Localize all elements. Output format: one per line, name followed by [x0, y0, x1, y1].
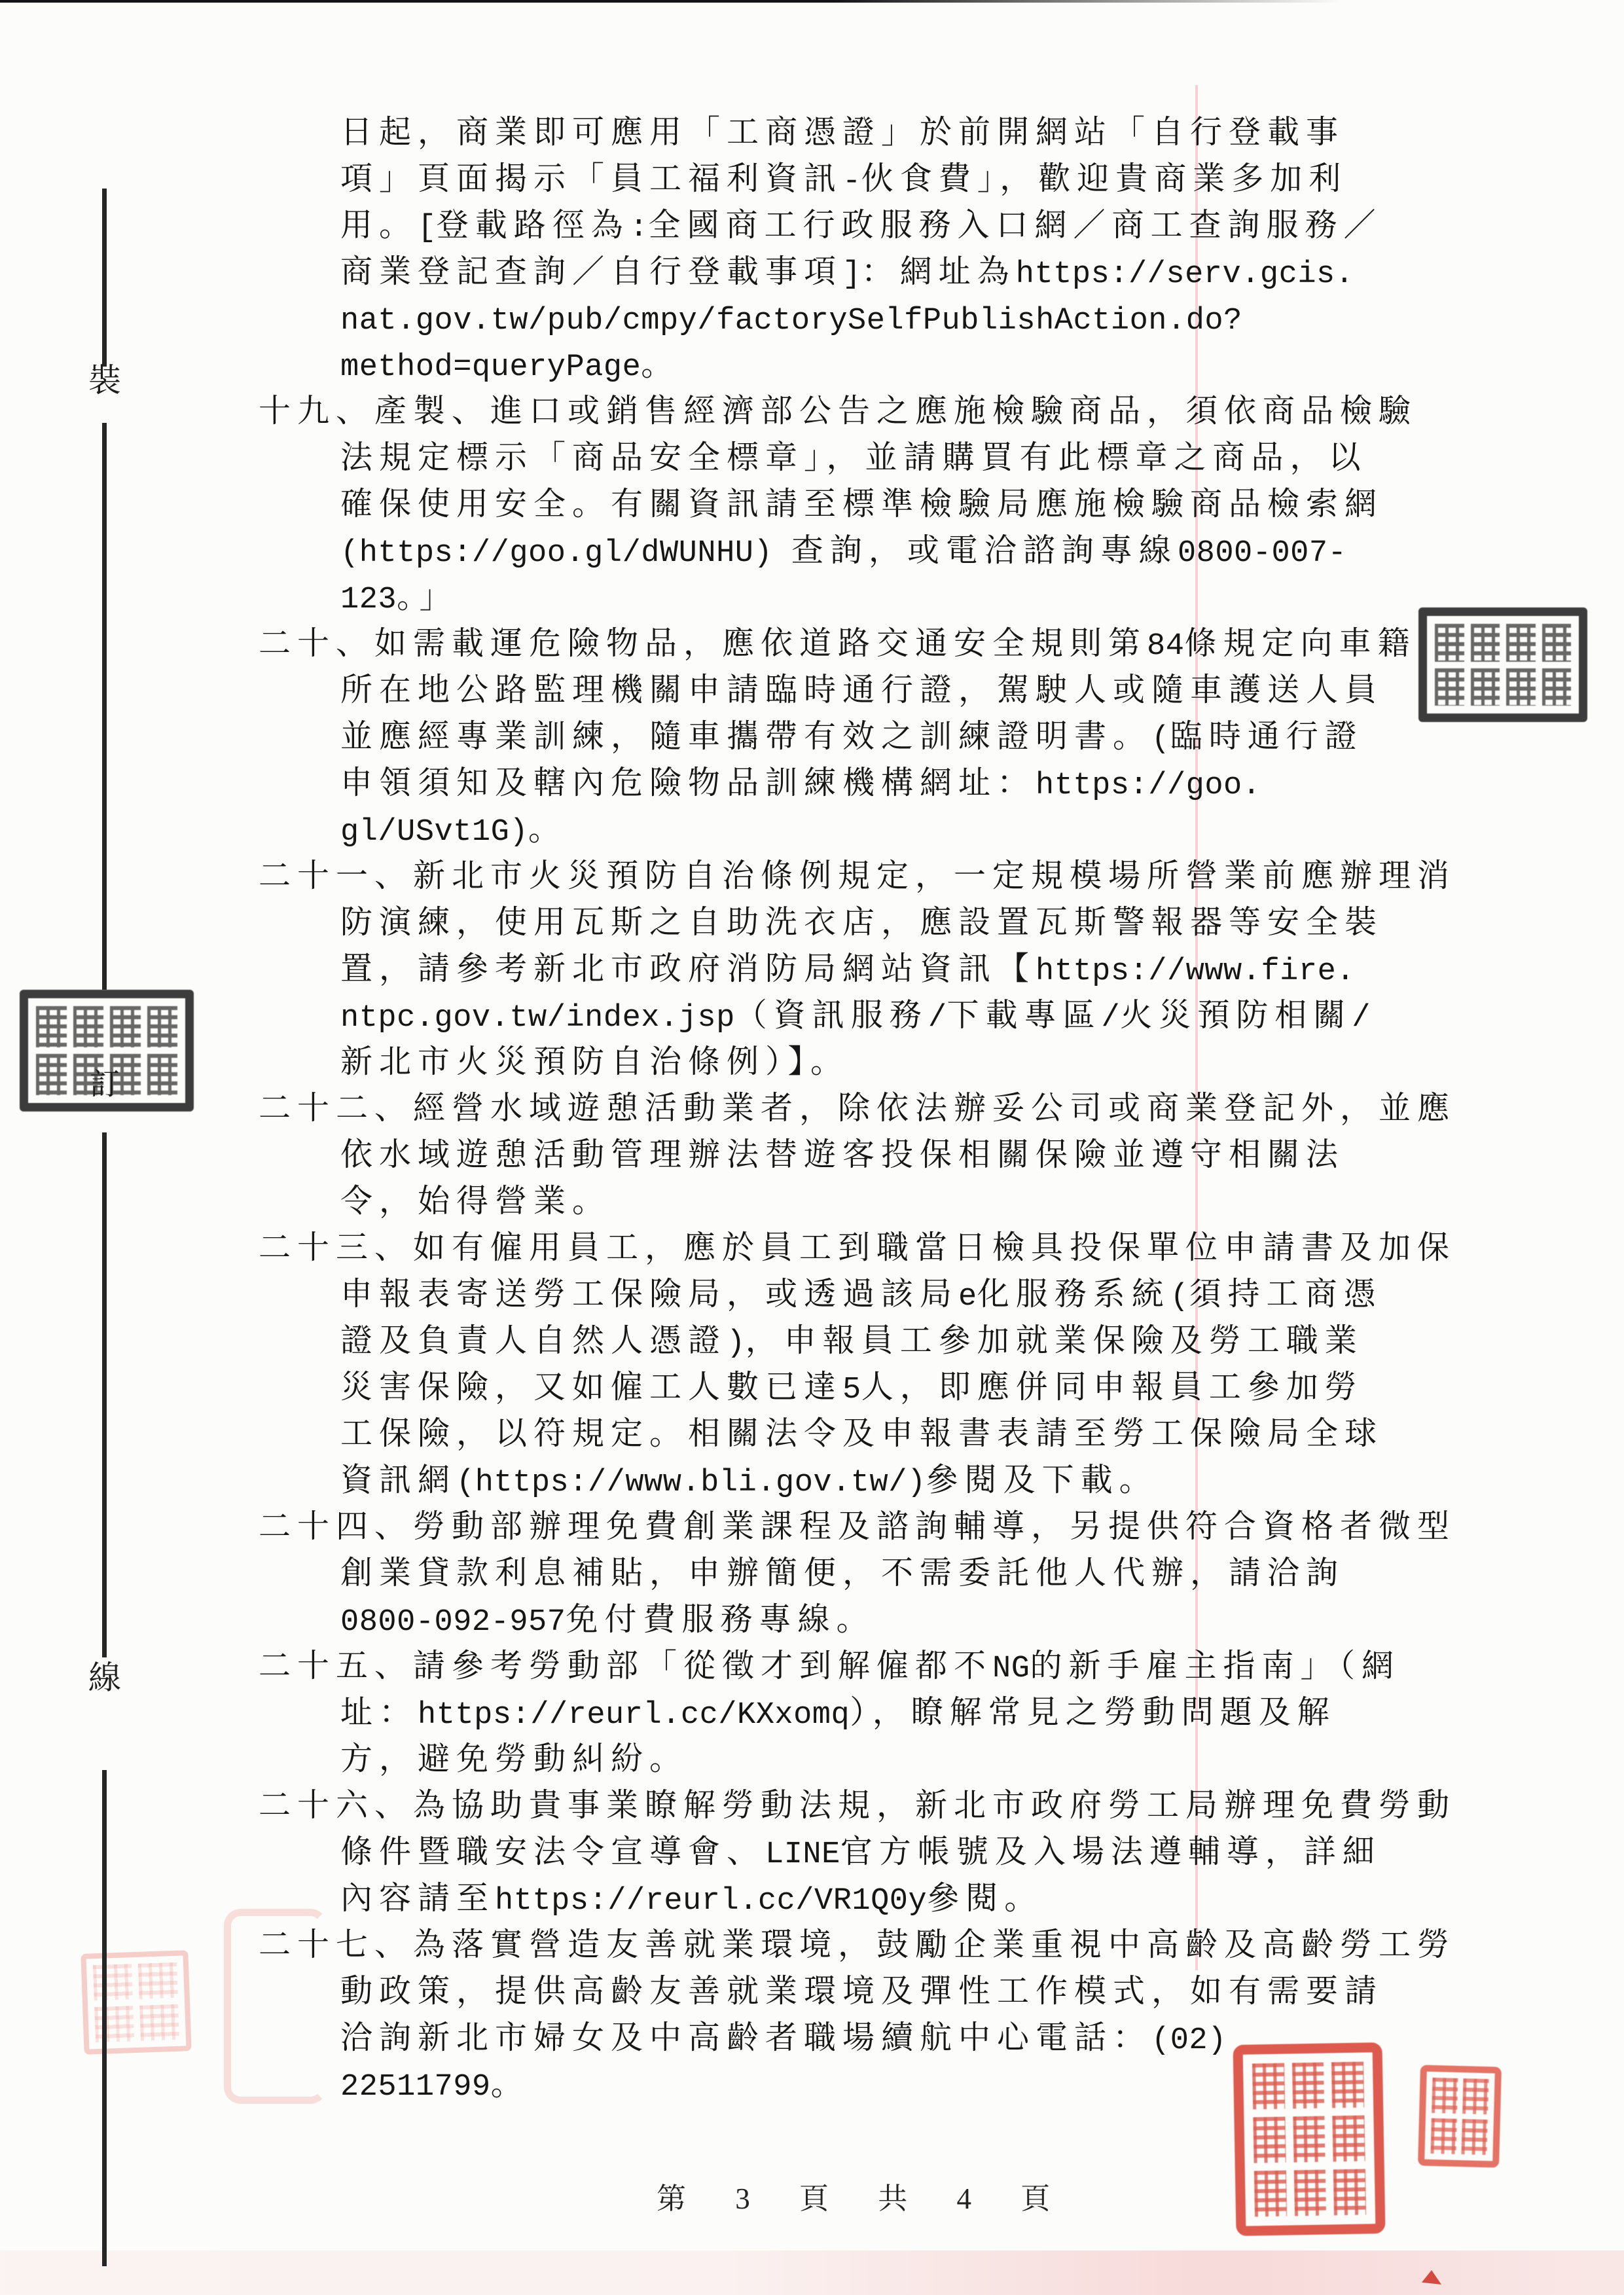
text-line: gl/USvt1G)。 — [259, 806, 1447, 852]
text-line: 所在地公路監理機關申請臨時通行證，駕駛人或隨車護送人員 — [259, 666, 1447, 713]
text-line: 二十二、經營水域遊憩活動業者，除依法辦妥公司或商業登記外，並應 — [259, 1085, 1447, 1131]
scan-edge-artifact — [0, 0, 1342, 3]
text-line: 新北市火災預防自治條例）】。 — [259, 1038, 1447, 1085]
text-line: 二十四、勞動部辦理免費創業課程及諮詢輔導，另提供符合資格者微型 — [259, 1503, 1447, 1549]
text-line: 資訊網(https://www.bli.gov.tw/)參閱及下載。 — [259, 1456, 1447, 1503]
text-line: 商業登記查詢／自行登載事項]：網址為https://serv.gcis. — [259, 248, 1447, 295]
binding-mark-xian: 線 — [82, 1659, 127, 1697]
text-line: method=queryPage。 — [259, 341, 1447, 388]
text-line: 置，請參考新北市政府消防局網站資訊【https://www.fire. — [259, 945, 1447, 992]
text-line: 十九、產製、進口或銷售經濟部公告之應施檢驗商品，須依商品檢驗 — [259, 388, 1447, 434]
text-line: 0800-092-957免付費服務專線。 — [259, 1596, 1447, 1642]
text-line: 22511799。 — [259, 2061, 1447, 2107]
text-line: 二十、如需載運危險物品，應依道路交通安全規則第84條規定向車籍 — [259, 620, 1447, 666]
text-line: 項」頁面揭示「員工福利資訊-伙食費」，歡迎貴商業多加利 — [259, 155, 1447, 202]
text-line: 動政策，提供高齡友善就業環境及彈性工作模式，如有需要請 — [259, 1968, 1447, 2014]
text-line: ntpc.gov.tw/index.jsp（資訊服務/下載專區/火災預防相關/ — [259, 992, 1447, 1038]
text-line: 二十五、請參考勞動部「從徵才到解僱都不NG的新手雇主指南」（網 — [259, 1642, 1447, 1689]
text-line: 災害保險，又如僱工人數已達5人，即應併同申報員工參加勞 — [259, 1364, 1447, 1410]
faint-pink-square-stamp — [81, 1950, 191, 2055]
text-line: 二十三、如有僱用員工，應於員工到職當日檢具投保單位申請書及加保 — [259, 1224, 1447, 1271]
text-line: 二十七、為落實營造友善就業環境，鼓勵企業重視中高齡及高齡勞工勞 — [259, 1921, 1447, 1968]
text-line: 防演練，使用瓦斯之自助洗衣店，應設置瓦斯警報器等安全裝 — [259, 899, 1447, 945]
binding-line-segment — [102, 1132, 107, 1657]
document-body-text: 日起，商業即可應用「工商憑證」於前開網站「自行登載事項」頁面揭示「員工福利資訊-… — [259, 109, 1447, 2107]
text-line: 法規定標示「商品安全標章」，並請購買有此標章之商品，以 — [259, 434, 1447, 480]
text-line: 申領須知及轄內危險物品訓練機構網址：https://goo. — [259, 759, 1447, 806]
text-line: 址：https://reurl.cc/KXxomq），瞭解常見之勞動問題及解 — [259, 1689, 1447, 1735]
text-line: 工保險，以符規定。相關法令及申報書表請至勞工保險局全球 — [259, 1410, 1447, 1456]
text-line: 洽詢新北市婦女及中高齡者職場續航中心電話：(02) — [259, 2014, 1447, 2061]
scanned-document-page: 裝 訂 線 日起，商業即可應用「工商憑證」於前開網站「自行登載事項」頁面揭示「員… — [0, 0, 1624, 2295]
text-line: 內容請至https://reurl.cc/VR1Q0y參閱。 — [259, 1875, 1447, 1921]
text-line: 二十一、新北市火災預防自治條例規定，一定規模場所營業前應辦理消 — [259, 852, 1447, 899]
text-line: nat.gov.tw/pub/cmpy/factorySelfPublishAc… — [259, 295, 1447, 341]
text-line: 並應經專業訓練，隨車攜帶有效之訓練證明書。(臨時通行證 — [259, 713, 1447, 759]
binding-line-segment — [102, 1770, 107, 2266]
binding-line-segment — [102, 189, 107, 367]
binding-line-segment — [102, 423, 107, 990]
text-line: 方，避免勞動糾紛。 — [259, 1735, 1447, 1782]
text-line: 日起，商業即可應用「工商憑證」於前開網站「自行登載事 — [259, 109, 1447, 155]
page-number-footer: 第 3 頁 共 4 頁 — [657, 2175, 1068, 2217]
binding-mark-ding: 訂 — [82, 1066, 127, 1104]
text-line: 二十六、為協助貴事業瞭解勞動法規，新北市政府勞工局辦理免費勞動 — [259, 1782, 1447, 1828]
text-line: (https://goo.gl/dWUNHU) 查詢，或電洽諮詢專線0800-0… — [259, 527, 1447, 573]
text-line: 條件暨職安法令宣導會、LINE官方帳號及入場法遵輔導，詳細 — [259, 1828, 1447, 1875]
text-line: 依水域遊憩活動管理辦法替遊客投保相關保險並遵守相關法 — [259, 1131, 1447, 1178]
text-line: 用。[登載路徑為:全國商工行政服務入口網／商工查詢服務／ — [259, 202, 1447, 248]
binding-mark-zhuang: 裝 — [82, 361, 127, 399]
text-line: 創業貸款利息補貼，申辦簡便，不需委託他人代辦，請洽詢 — [259, 1549, 1447, 1596]
bottom-pink-smear — [0, 2250, 1624, 2295]
text-line: 確保使用安全。有關資訊請至標準檢驗局應施檢驗商品檢索網 — [259, 480, 1447, 527]
text-line: 令，始得營業。 — [259, 1178, 1447, 1224]
text-line: 123。」 — [259, 573, 1447, 620]
text-line: 申報表寄送勞工保險局，或透過該局e化服務系統(須持工商憑 — [259, 1271, 1447, 1317]
text-line: 證及負責人自然人憑證)，申報員工參加就業保險及勞工職業 — [259, 1317, 1447, 1364]
